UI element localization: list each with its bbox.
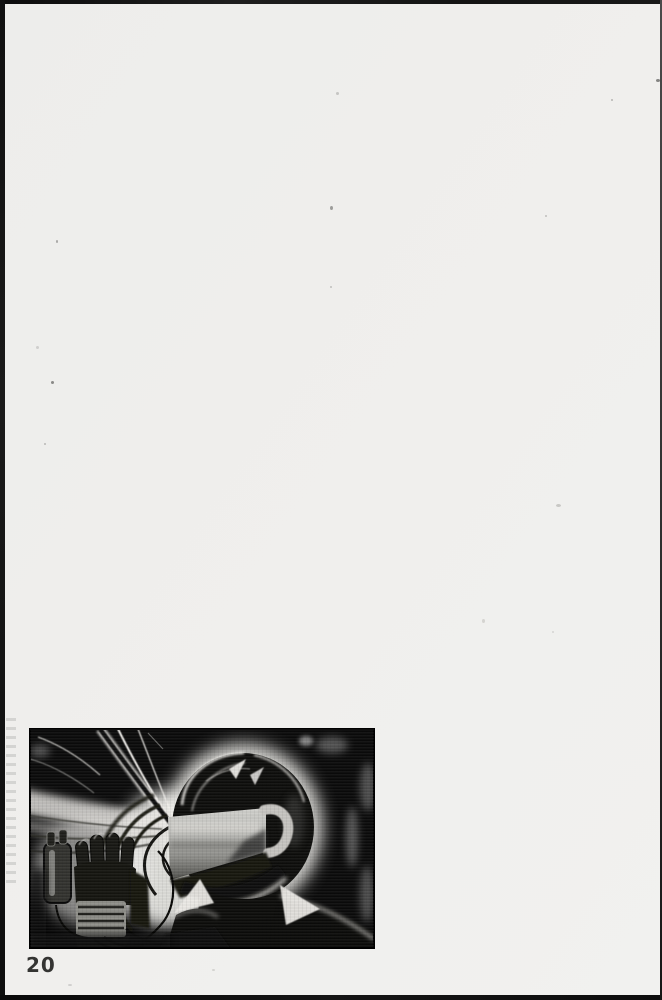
scan-speck	[611, 99, 613, 101]
scan-border-bottom	[0, 995, 662, 1000]
device-body	[44, 843, 71, 903]
scan-speck	[212, 969, 215, 971]
scan-speck	[44, 443, 46, 445]
scan-speck	[330, 206, 333, 210]
scan-speck	[556, 504, 561, 507]
page-number: 20	[26, 953, 56, 977]
gutter-smudge	[6, 718, 16, 888]
scanned-page: 20	[0, 0, 662, 1000]
scan-speck	[36, 346, 39, 349]
helmet-figure-illustration	[30, 729, 374, 948]
scan-border-left	[0, 0, 5, 1000]
scan-speck	[656, 79, 660, 82]
scan-speck	[56, 240, 58, 243]
scan-speck	[482, 619, 485, 623]
scan-speck	[330, 286, 332, 288]
scan-speck	[336, 92, 339, 95]
device-knob	[59, 830, 67, 844]
scan-speck	[51, 381, 54, 384]
scan-border-top	[0, 0, 662, 4]
device-knob	[47, 832, 55, 846]
manga-panel	[29, 728, 375, 949]
scan-speck	[545, 215, 547, 217]
palm	[74, 861, 136, 906]
scan-speck	[552, 631, 554, 633]
scan-speck	[68, 984, 72, 986]
